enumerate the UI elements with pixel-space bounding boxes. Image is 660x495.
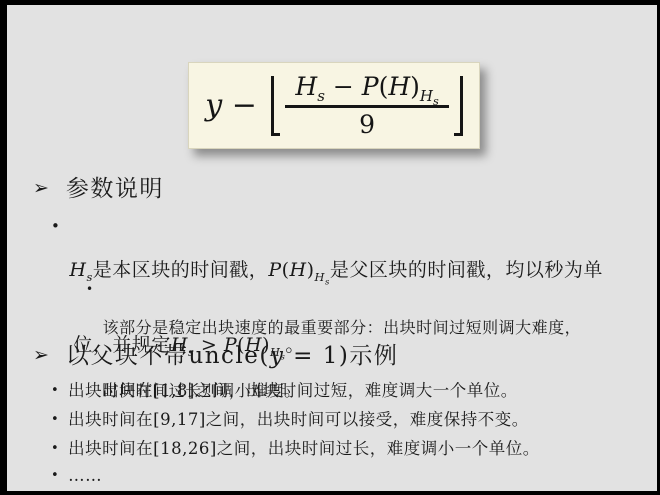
section-heading-example: ➢ 以父块不带uncle(y = 1)示例: [33, 337, 398, 370]
bullet-dot-icon: •: [51, 379, 59, 403]
bullet-dot-icon: •: [51, 408, 59, 432]
floor-right-bracket-icon: [454, 76, 463, 136]
bullet-item-range-1-8: • 出块时间在[1,8]之间，出块时间过短，难度调大一个单位。: [51, 379, 518, 403]
bullet-dot-icon: •: [51, 464, 59, 488]
fraction-numerator: Hs − P(H)Hs: [285, 72, 448, 105]
bullet-item-ellipsis: • ……: [51, 464, 102, 488]
bullet-line: 出块时间在[9,17]之间，出块时间可以接受，难度保持不变。: [68, 410, 529, 429]
formula-box: y − Hs − P(H)Hs 9: [188, 62, 480, 149]
section-heading-parameters: ➢ 参数说明: [33, 170, 164, 203]
bullet-line: 出块时间在[18,26]之间，出块时间过长，难度调小一个单位。: [68, 439, 540, 458]
bullet-line: 出块时间在[1,8]之间，出块时间过短，难度调大一个单位。: [68, 381, 518, 400]
bullet-dot-icon: •: [51, 211, 60, 242]
screenshot-frame: y − Hs − P(H)Hs 9 ➢ 参数说明 • Hs是本区块的时间戳，P(…: [0, 0, 660, 495]
heading-text: 参数说明: [66, 170, 164, 203]
slide: y − Hs − P(H)Hs 9 ➢ 参数说明 • Hs是本区块的时间戳，P(…: [7, 5, 657, 491]
bullet-dot-icon: •: [51, 437, 59, 461]
floor-left-bracket-icon: [271, 76, 280, 136]
bullet-item-range-9-17: • 出块时间在[9,17]之间，出块时间可以接受，难度保持不变。: [51, 408, 529, 432]
arrow-bullet-icon: ➢: [33, 344, 49, 366]
fraction-denominator: 9: [359, 108, 375, 139]
bullet-dot-icon: •: [86, 277, 94, 302]
formula-prefix: y −: [205, 88, 266, 123]
formula-fraction: Hs − P(H)Hs 9: [285, 72, 448, 139]
arrow-bullet-icon: ➢: [33, 177, 49, 199]
bullet-item-range-18-26: • 出块时间在[18,26]之间，出块时间过长，难度调小一个单位。: [51, 437, 540, 461]
bullet-line: ……: [68, 466, 102, 485]
heading-text: 以父块不带uncle(y = 1)示例: [66, 337, 398, 370]
